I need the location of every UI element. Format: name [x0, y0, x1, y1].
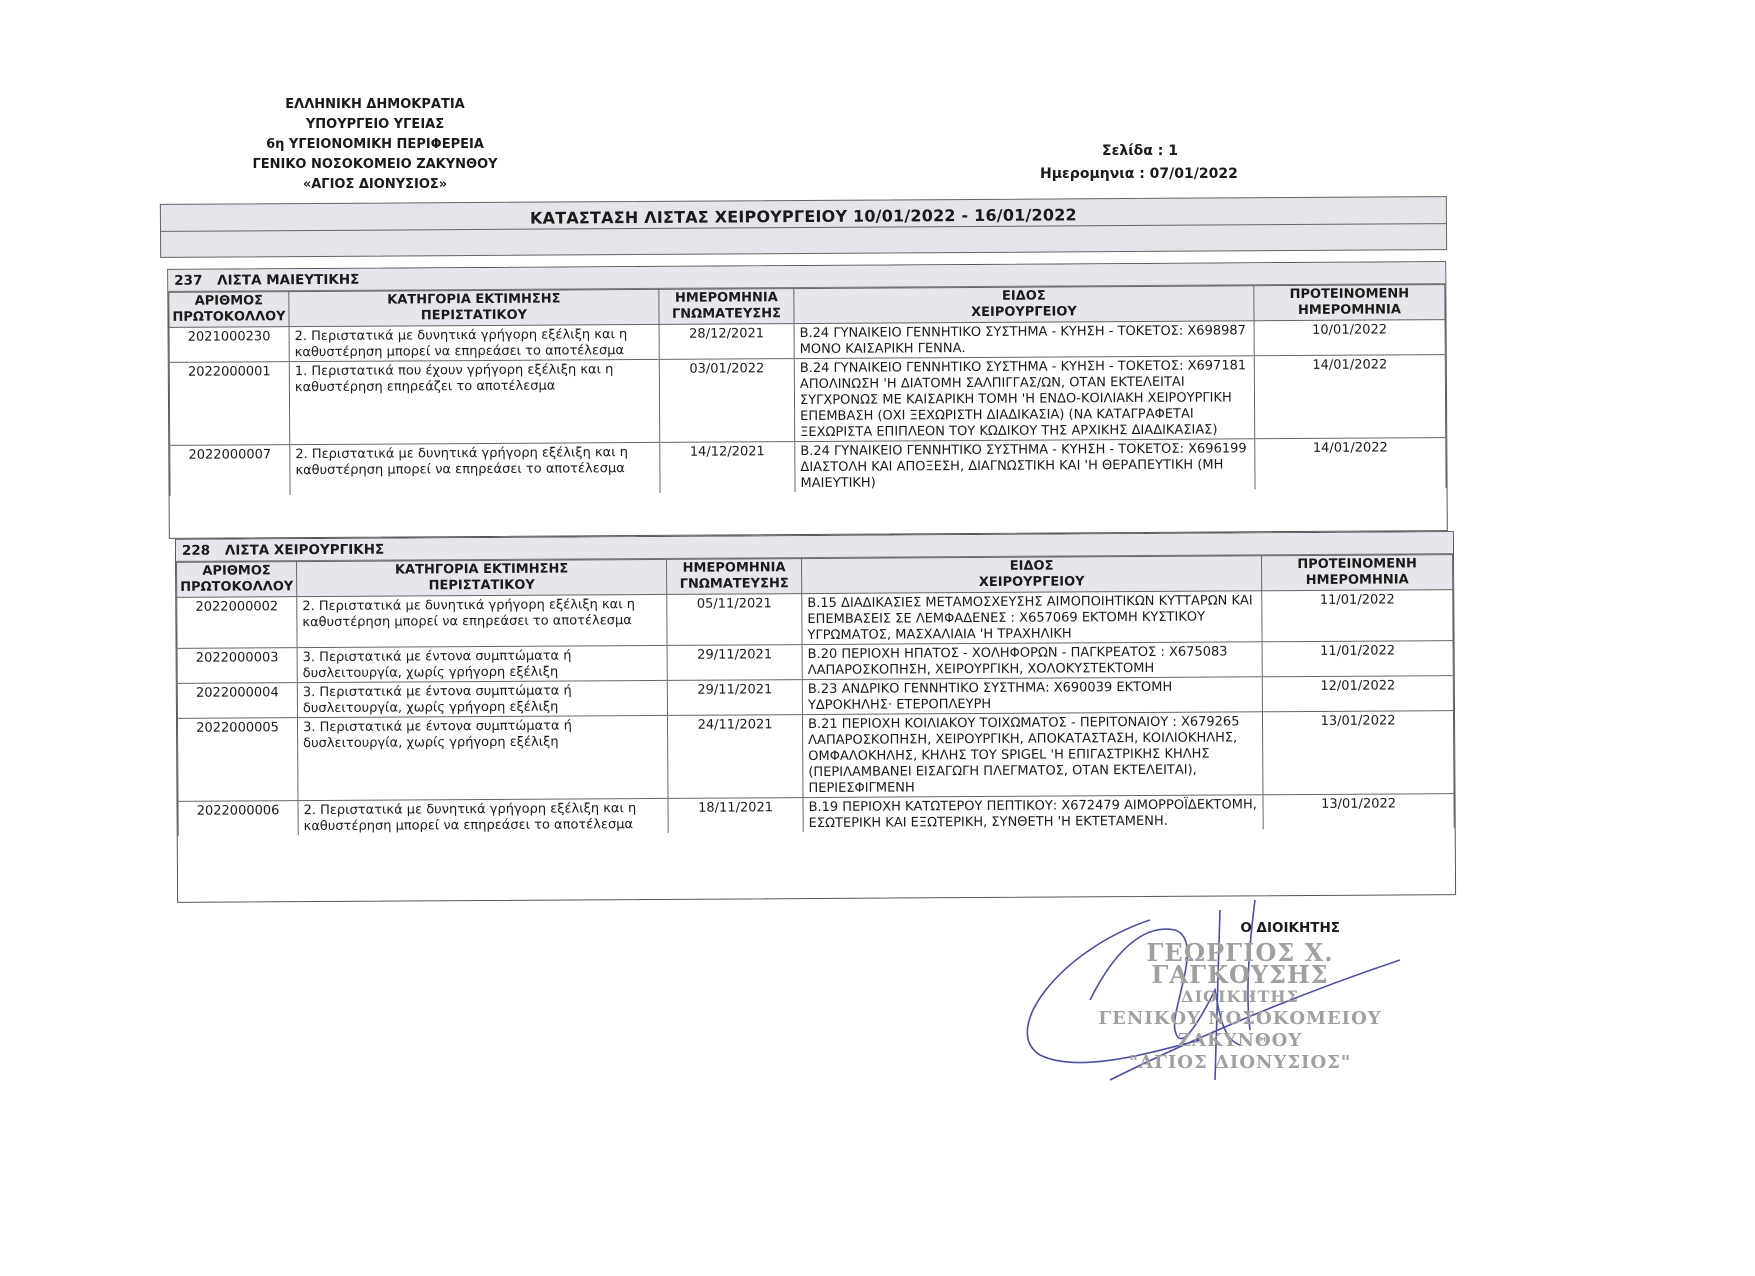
opinion-date: 29/11/2021 — [667, 645, 802, 681]
table-row: 20220000053. Περιστατικά με έντονα συμπτ… — [177, 711, 1453, 802]
list-name: ΛΙΣΤΑ ΜΑΙΕΥΤΙΚΗΣ — [217, 272, 359, 289]
col-header-proposed-date: ΠΡΟΤΕΙΝΟΜΕΝΗΗΜΕΡΟΜΗΝΙΑ — [1262, 555, 1453, 591]
surgery-list-obstetrics: 237 ΛΙΣΤΑ ΜΑΙΕΥΤΙΚΗΣ ΑΡΙΘΜΟΣΠΡΩΤΟΚΟΛΛΟΥ … — [167, 261, 1448, 539]
proposed-date: 11/01/2022 — [1262, 590, 1453, 642]
table-row: 20220000072. Περιστατικά με δυνητικά γρή… — [170, 438, 1446, 496]
signatory-title: Ο ΔΙΟΙΚΗΤΗΣ — [1140, 920, 1340, 936]
protocol-number: 2022000004 — [177, 683, 297, 719]
col-header-surgery-type: ΕΙΔΟΣΧΕΙΡΟΥΡΓΕΙΟΥ — [794, 286, 1254, 324]
surgery-type: Β.20 ΠΕΡΙΟΧΗ ΗΠΑΤΟΣ - ΧΟΛΗΦΟΡΩΝ - ΠΑΓΚΡΕ… — [802, 642, 1262, 680]
opinion-date: 24/11/2021 — [667, 715, 803, 799]
table-row: 20220000062. Περιστατικά με δυνητικά γρή… — [178, 794, 1454, 836]
protocol-number: 2022000007 — [170, 445, 290, 496]
case-category: 2. Περιστατικά με δυνητικά γρήγορη εξέλι… — [297, 594, 667, 647]
org-line: 6η ΥΓΕΙΟΝΟΜΙΚΗ ΠΕΡΙΦΕΡΕΙΑ — [225, 135, 525, 155]
org-line: ΕΛΛΗΝΙΚΗ ΔΗΜΟΚΡΑΤΙΑ — [225, 95, 525, 115]
surgery-table: ΑΡΙΘΜΟΣΠΡΩΤΟΚΟΛΛΟΥ ΚΑΤΗΓΟΡΙΑ ΕΚΤΙΜΗΣΗΣΠΕ… — [168, 284, 1446, 496]
proposed-date: 13/01/2022 — [1263, 794, 1454, 830]
surgery-type: Β.15 ΔΙΑΔΙΚΑΣΙΕΣ ΜΕΤΑΜΟΣΧΕΥΣΗΣ ΑΙΜΟΠΟΙΗΤ… — [802, 591, 1262, 645]
opinion-date: 03/01/2022 — [659, 359, 795, 443]
case-category: 1. Περιστατικά που έχουν γρήγορη εξέλιξη… — [289, 359, 660, 444]
page-number: Σελίδα : 1 — [1040, 140, 1280, 163]
col-header-category: ΚΑΤΗΓΟΡΙΑ ΕΚΤΙΜΗΣΗΣΠΕΡΙΣΤΑΤΙΚΟΥ — [297, 559, 667, 596]
protocol-number: 2022000006 — [178, 801, 298, 836]
col-header-protocol: ΑΡΙΘΜΟΣΠΡΩΤΟΚΟΛΛΟΥ — [169, 292, 289, 328]
surgery-type: Β.21 ΠΕΡΙΟΧΗ ΚΟΙΛΙΑΚΟΥ ΤΟΙΧΩΜΑΤΟΣ - ΠΕΡΙ… — [802, 712, 1262, 798]
case-category: 2. Περιστατικά με δυνητικά γρήγορη εξέλι… — [290, 442, 660, 495]
protocol-number: 2022000002 — [177, 597, 297, 649]
protocol-number: 2022000005 — [177, 718, 298, 802]
proposed-date: 11/01/2022 — [1262, 641, 1453, 677]
col-header-proposed-date: ΠΡΟΤΕΙΝΟΜΕΝΗΗΜΕΡΟΜΗΝΙΑ — [1254, 285, 1445, 321]
surgery-type: Β.24 ΓΥΝΑΙΚΕΙΟ ΓΕΝΝΗΤΙΚΟ ΣΥΣΤΗΜΑ - ΚΥΗΣΗ… — [795, 439, 1255, 492]
proposed-date: 13/01/2022 — [1262, 711, 1454, 795]
org-line: ΓΕΝΙΚΟ ΝΟΣΟΚΟΜΕΙΟ ΖΑΚΥΝΘΟΥ — [225, 155, 525, 175]
opinion-date: 05/11/2021 — [667, 594, 802, 646]
table-row: 20220000022. Περιστατικά με δυνητικά γρή… — [177, 590, 1453, 649]
table-row: 20220000011. Περιστατικά που έχουν γρήγο… — [169, 355, 1445, 446]
col-header-category: ΚΑΤΗΓΟΡΙΑ ΕΚΤΙΜΗΣΗΣΠΕΡΙΣΤΑΤΙΚΟΥ — [289, 289, 659, 326]
opinion-date: 14/12/2021 — [660, 442, 795, 493]
signature-block: Ο ΔΙΟΙΚΗΤΗΣ ΓΕΩΡΓΙΟΣ Χ. ΓΑΓΚΟΥΣΗΣ ΔΙΟΙΚΗ… — [1030, 920, 1430, 1070]
col-header-surgery-type: ΕΙΔΟΣΧΕΙΡΟΥΡΓΕΙΟΥ — [802, 556, 1262, 594]
stamp-line: ΓΕΝΙΚΟΥ ΝΟΣΟΚΟΜΕΙΟΥ ΖΑΚΥΝΘΟΥ — [1070, 1008, 1410, 1052]
col-header-opinion-date: ΗΜΕΡΟΜΗΝΙΑΓΝΩΜΑΤΕΥΣΗΣ — [667, 559, 802, 595]
table-body: 20220000022. Περιστατικά με δυνητικά γρή… — [177, 590, 1454, 836]
proposed-date: 14/01/2022 — [1254, 355, 1446, 439]
stamp-line: ΔΙΟΙΚΗΤΗΣ — [1070, 986, 1410, 1008]
col-header-protocol: ΑΡΙΘΜΟΣΠΡΩΤΟΚΟΛΛΟΥ — [177, 562, 297, 598]
protocol-number: 2021000230 — [169, 327, 289, 363]
protocol-number: 2022000003 — [177, 648, 297, 684]
case-category: 2. Περιστατικά με δυνητικά γρήγορη εξέλι… — [298, 798, 668, 835]
report-title-bar: ΚΑΤΑΣΤΑΣΗ ΛΙΣΤΑΣ ΧΕΙΡΟΥΡΓΕΙΟΥ 10/01/2022… — [160, 196, 1447, 258]
surgery-type: Β.19 ΠΕΡΙΟΧΗ ΚΑΤΩΤΕΡΟΥ ΠΕΠΤΙΚΟΥ: Χ672479… — [803, 795, 1263, 832]
stamp-line: ΓΕΩΡΓΙΟΣ Χ. ΓΑΓΚΟΥΣΗΣ — [1070, 942, 1410, 986]
case-category: 2. Περιστατικά με δυνητικά γρήγορη εξέλι… — [289, 324, 659, 361]
surgery-list-general-surgery: 228 ΛΙΣΤΑ ΧΕΙΡΟΥΡΓΙΚΗΣ ΑΡΙΘΜΟΣΠΡΩΤΟΚΟΛΛΟ… — [175, 531, 1456, 903]
report-title: ΚΑΤΑΣΤΑΣΗ ΛΙΣΤΑΣ ΧΕΙΡΟΥΡΓΕΙΟΥ 10/01/2022… — [161, 203, 1446, 230]
proposed-date: 12/01/2022 — [1262, 676, 1453, 712]
table-body: 20210002302. Περιστατικά με δυνητικά γρή… — [169, 320, 1446, 496]
surgery-type: Β.24 ΓΥΝΑΙΚΕΙΟ ΓΕΝΝΗΤΙΚΟ ΣΥΣΤΗΜΑ - ΚΥΗΣΗ… — [794, 321, 1254, 359]
organization-header: ΕΛΛΗΝΙΚΗ ΔΗΜΟΚΡΑΤΙΑ ΥΠΟΥΡΓΕΙΟ ΥΓΕΙΑΣ 6η … — [225, 95, 525, 195]
surgery-table: ΑΡΙΘΜΟΣΠΡΩΤΟΚΟΛΛΟΥ ΚΑΤΗΓΟΡΙΑ ΕΚΤΙΜΗΣΗΣΠΕ… — [176, 554, 1455, 836]
document-date: Ημερομηνια : 07/01/2022 — [1040, 163, 1280, 186]
list-code: 228 — [182, 543, 210, 559]
proposed-date: 10/01/2022 — [1254, 320, 1445, 356]
case-category: 3. Περιστατικά με έντονα συμπτώματα ή δυ… — [297, 715, 668, 800]
org-line: «ΑΓΙΟΣ ΔΙΟΝΥΣΙΟΣ» — [225, 175, 525, 195]
case-category: 3. Περιστατικά με έντονα συμπτώματα ή δυ… — [297, 645, 667, 682]
org-line: ΥΠΟΥΡΓΕΙΟ ΥΓΕΙΑΣ — [225, 115, 525, 135]
list-name: ΛΙΣΤΑ ΧΕΙΡΟΥΡΓΙΚΗΣ — [225, 542, 384, 559]
list-code: 237 — [174, 273, 202, 289]
official-stamp: ΓΕΩΡΓΙΟΣ Χ. ΓΑΓΚΟΥΣΗΣ ΔΙΟΙΚΗΤΗΣ ΓΕΝΙΚΟΥ … — [1070, 942, 1410, 1074]
document-meta: Σελίδα : 1 Ημερομηνια : 07/01/2022 — [1040, 140, 1280, 186]
case-category: 3. Περιστατικά με έντονα συμπτώματα ή δυ… — [297, 680, 667, 717]
surgery-type: Β.23 ΑΝΔΡΙΚΟ ΓΕΝΝΗΤΙΚΟ ΣΥΣΤΗΜΑ: Χ690039 … — [802, 677, 1262, 715]
opinion-date: 18/11/2021 — [668, 798, 803, 833]
col-header-opinion-date: ΗΜΕΡΟΜΗΝΙΑΓΝΩΜΑΤΕΥΣΗΣ — [659, 289, 794, 325]
stamp-line: "ΑΓΙΟΣ ΔΙΟΝΥΣΙΟΣ" — [1070, 1052, 1410, 1074]
protocol-number: 2022000001 — [169, 362, 290, 446]
surgery-type: Β.24 ΓΥΝΑΙΚΕΙΟ ΓΕΝΝΗΤΙΚΟ ΣΥΣΤΗΜΑ - ΚΥΗΣΗ… — [794, 356, 1254, 442]
proposed-date: 14/01/2022 — [1255, 438, 1446, 490]
opinion-date: 29/11/2021 — [667, 680, 802, 716]
opinion-date: 28/12/2021 — [659, 324, 794, 360]
